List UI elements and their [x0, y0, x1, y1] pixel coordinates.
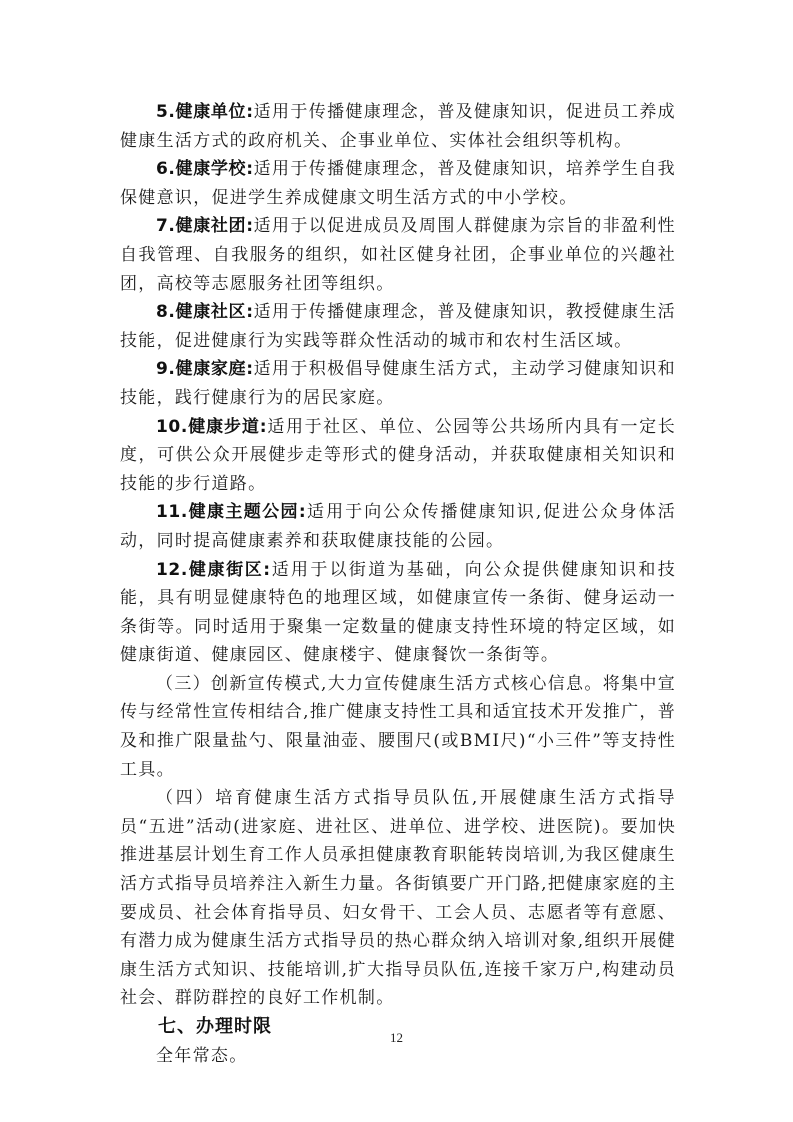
- item-lead: 10.健康步道:: [156, 417, 267, 437]
- item-lead: 7.健康社团:: [156, 216, 254, 236]
- item-health-park: 11.健康主题公园:适用于向公众传播健康知识,促进公众身体活动，同时提高健康素养…: [120, 498, 676, 555]
- document-page: 5.健康单位:适用于传播健康理念，普及健康知识，促进员工养成健康生活方式的政府机…: [0, 0, 793, 1122]
- section-3-paragraph: （三）创新宣传模式,大力宣传健康生活方式核心信息。将集中宣传与经常性宣传相结合,…: [120, 670, 676, 784]
- item-health-family: 9.健康家庭:适用于积极倡导健康生活方式，主动学习健康知识和技能，践行健康行为的…: [120, 355, 676, 412]
- item-lead: 9.健康家庭:: [156, 359, 254, 379]
- item-lead: 5.健康单位:: [156, 102, 254, 122]
- page-number: 12: [0, 1030, 793, 1046]
- item-health-club: 7.健康社团:适用于以促进成员及周围人群健康为宗旨的非盈利性自我管理、自我服务的…: [120, 212, 676, 298]
- item-lead: 6.健康学校:: [156, 159, 254, 179]
- section-4-paragraph: （四）培育健康生活方式指导员队伍,开展健康生活方式指导员“五进”活动(进家庭、进…: [120, 784, 676, 1013]
- item-lead: 12.健康街区:: [156, 560, 271, 580]
- item-health-street: 12.健康街区:适用于以街道为基础，向公众提供健康知识和技能，具有明显健康特色的…: [120, 556, 676, 670]
- item-health-unit: 5.健康单位:适用于传播健康理念，普及健康知识，促进员工养成健康生活方式的政府机…: [120, 98, 676, 155]
- item-lead: 11.健康主题公园:: [156, 502, 306, 522]
- item-health-community: 8.健康社区:适用于传播健康理念，普及健康知识，教授健康生活技能，促进健康行为实…: [120, 298, 676, 355]
- page-body: 5.健康单位:适用于传播健康理念，普及健康知识，促进员工养成健康生活方式的政府机…: [120, 98, 676, 1070]
- item-health-school: 6.健康学校:适用于传播健康理念，普及健康知识，培养学生自我保健意识，促进学生养…: [120, 155, 676, 212]
- item-lead: 8.健康社区:: [156, 302, 254, 322]
- item-health-trail: 10.健康步道:适用于社区、单位、公园等公共场所内具有一定长度，可供公众开展健步…: [120, 413, 676, 499]
